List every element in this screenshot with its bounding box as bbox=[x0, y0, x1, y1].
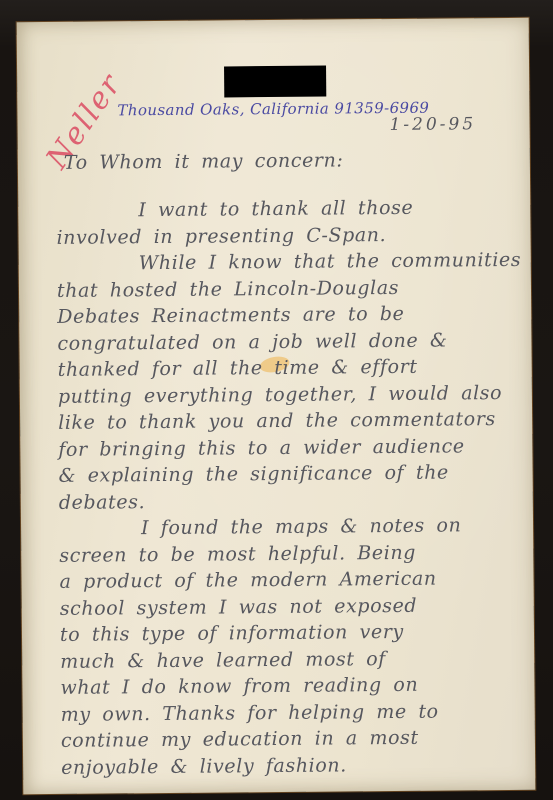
handwritten-line: I found the maps & notes on bbox=[59, 512, 529, 543]
handwritten-line: putting everything together, I would als… bbox=[58, 379, 528, 410]
handwritten-line: congratulated on a job well done & bbox=[57, 326, 527, 357]
handwritten-line: & explaining the significance of the bbox=[58, 459, 528, 490]
handwritten-line: thanked for all the time & effort bbox=[58, 353, 528, 384]
handwritten-line: I want to thank all those bbox=[56, 194, 526, 225]
letter-date: 1-20-95 bbox=[389, 114, 476, 135]
handwritten-line: to this type of information very bbox=[60, 618, 530, 649]
handwritten-line: enjoyable & lively fashion. bbox=[61, 750, 531, 781]
handwritten-line: what I do know from reading on bbox=[60, 671, 530, 702]
handwritten-line: school system I was not exposed bbox=[60, 591, 530, 622]
scanned-letter-background: Neller Thousand Oaks, California 91359-6… bbox=[0, 0, 553, 800]
handwritten-line: for bringing this to a wider audience bbox=[58, 432, 528, 463]
handwritten-line: involved in presenting C-Span. bbox=[56, 220, 526, 251]
handwritten-line: continue my education in a most bbox=[61, 724, 531, 755]
redaction-box bbox=[224, 66, 326, 98]
handwritten-line: like to thank you and the commentators bbox=[58, 406, 528, 437]
handwritten-line: much & have learned most of bbox=[60, 644, 530, 675]
letter-body: I want to thank all thoseinvolved in pre… bbox=[56, 194, 531, 781]
handwritten-line: a product of the modern American bbox=[59, 565, 529, 596]
handwritten-line: debates. bbox=[59, 485, 529, 516]
handwritten-line: that hosted the Lincoln-Douglas bbox=[57, 273, 527, 304]
handwritten-line: my own. Thanks for helping me to bbox=[61, 697, 531, 728]
handwritten-line: Debates Reinactments are to be bbox=[57, 300, 527, 331]
greeting-line: To Whom it may concern: bbox=[64, 149, 344, 173]
handwritten-line: screen to be most helpful. Being bbox=[59, 538, 529, 569]
handwritten-line: While I know that the communities bbox=[57, 247, 527, 278]
letter-paper: Neller Thousand Oaks, California 91359-6… bbox=[17, 18, 536, 794]
